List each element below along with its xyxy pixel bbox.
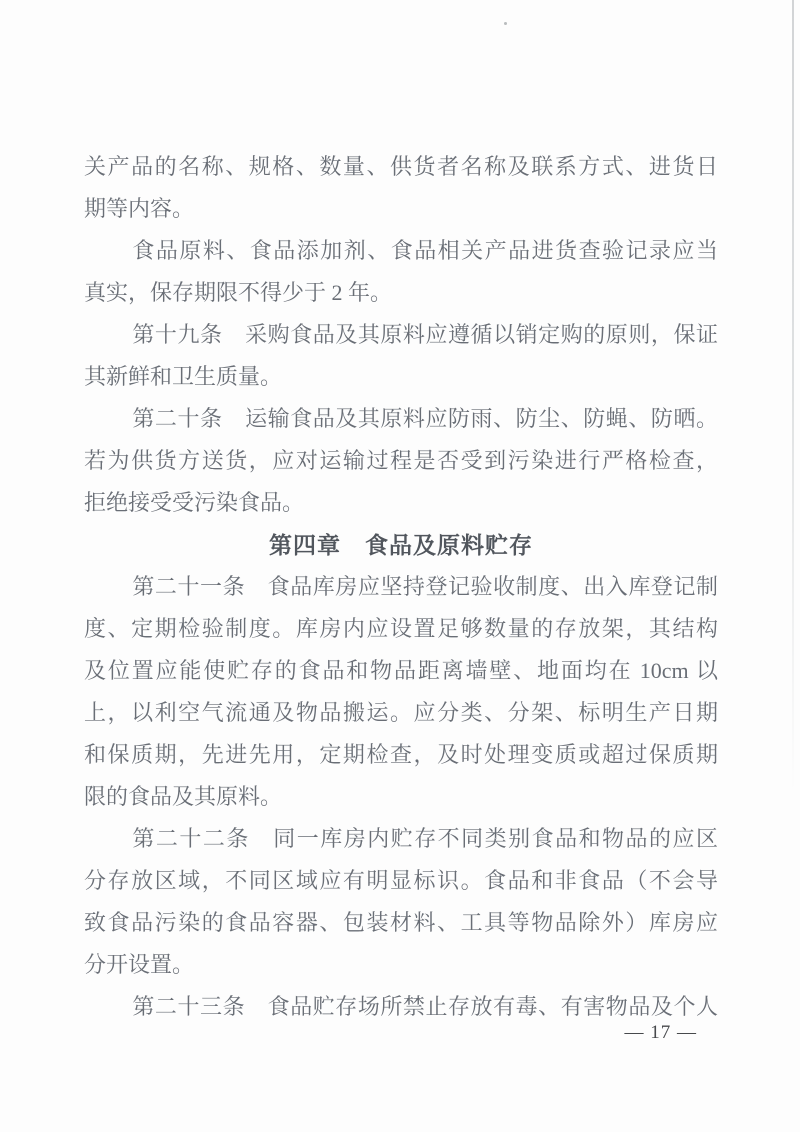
document-body: 关产品的名称、规格、数量、供货者名称及联系方式、进货日 期等内容。 食品原料、食… xyxy=(84,146,718,1028)
body-line-article-21: 第二十一条 食品库房应坚持登记验收制度、出入库登记制 xyxy=(84,566,718,608)
body-line: 期等内容。 xyxy=(84,188,718,230)
body-line: 限的食品及其原料。 xyxy=(84,776,718,818)
body-line: 食品原料、食品添加剂、食品相关产品进货查验记录应当 xyxy=(84,230,718,272)
page-number: — 17 — xyxy=(625,1022,698,1044)
body-line: 和保质期，先进先用，定期检查，及时处理变质或超过保质期 xyxy=(84,734,718,776)
body-line: 上，以利空气流通及物品搬运。应分类、分架、标明生产日期 xyxy=(84,692,718,734)
chapter-heading: 第四章 食品及原料贮存 xyxy=(84,524,718,566)
body-line: 及位置应能使贮存的食品和物品距离墙壁、地面均在 10cm 以 xyxy=(84,650,718,692)
body-line: 致食品污染的食品容器、包装材料、工具等物品除外）库房应 xyxy=(84,902,718,944)
body-line-article-22: 第二十二条 同一库房内贮存不同类别食品和物品的应区 xyxy=(84,818,718,860)
body-line: 分存放区域，不同区域应有明显标识。食品和非食品（不会导 xyxy=(84,860,718,902)
body-line: 其新鲜和卫生质量。 xyxy=(84,356,718,398)
body-line-article-20: 第二十条 运输食品及其原料应防雨、防尘、防蝇、防晒。 xyxy=(84,398,718,440)
scan-speck xyxy=(504,22,507,25)
body-line: 度、定期检验制度。库房内应设置足够数量的存放架，其结构 xyxy=(84,608,718,650)
body-line-article-19: 第十九条 采购食品及其原料应遵循以销定购的原则，保证 xyxy=(84,314,718,356)
document-page: 关产品的名称、规格、数量、供货者名称及联系方式、进货日 期等内容。 食品原料、食… xyxy=(0,0,800,1132)
body-line: 拒绝接受受污染食品。 xyxy=(84,482,718,524)
body-line: 真实，保存期限不得少于 2 年。 xyxy=(84,272,718,314)
body-line: 关产品的名称、规格、数量、供货者名称及联系方式、进货日 xyxy=(84,146,718,188)
page-edge-shadow xyxy=(792,0,794,1132)
body-line-article-23: 第二十三条 食品贮存场所禁止存放有毒、有害物品及个人 xyxy=(84,986,718,1028)
body-line: 若为供货方送货，应对运输过程是否受到污染进行严格检查， xyxy=(84,440,718,482)
body-line: 分开设置。 xyxy=(84,944,718,986)
